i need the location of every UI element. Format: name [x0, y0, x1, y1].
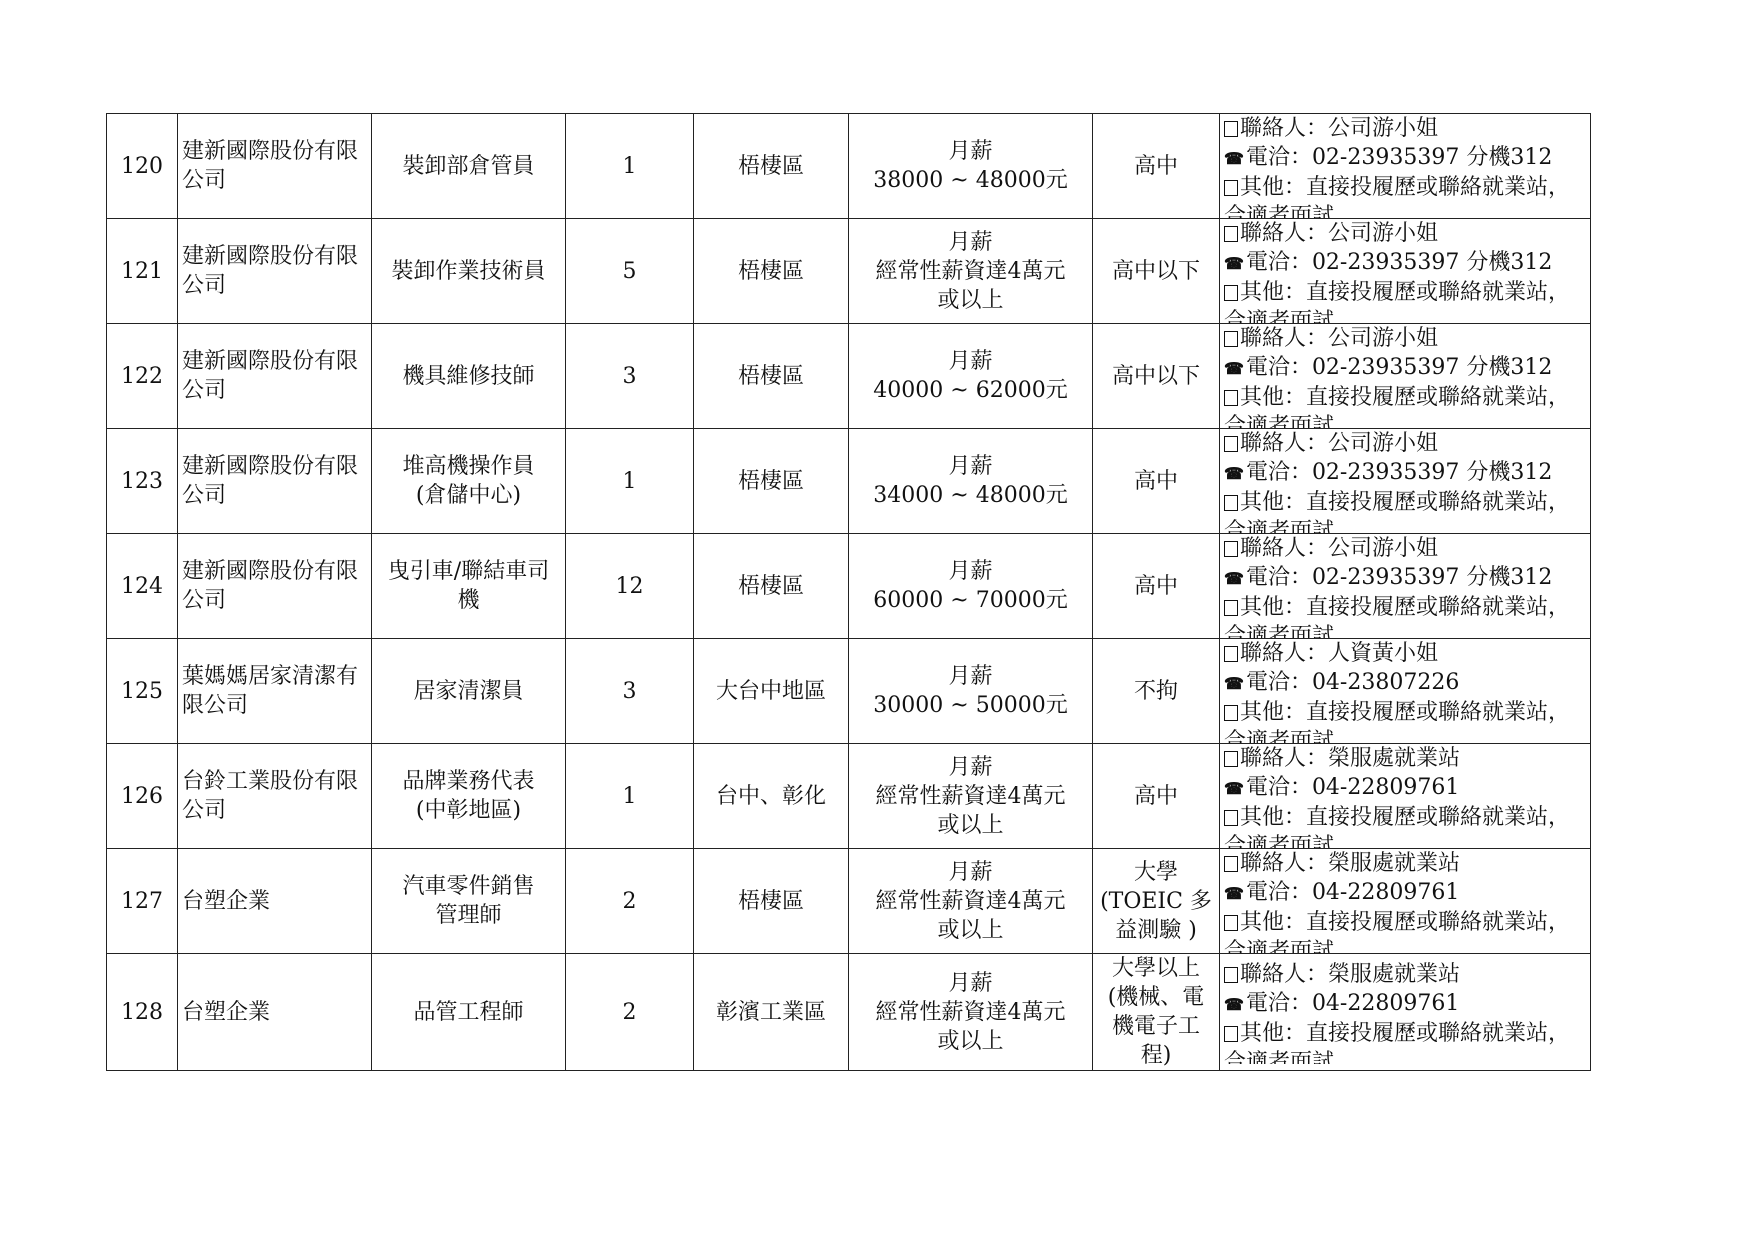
contact-person: 聯絡人：公司游小姐 — [1224, 429, 1586, 458]
contact-person: 聯絡人：榮服處就業站 — [1224, 744, 1586, 773]
contact-other: 其他：直接投履歷或聯絡就業站， — [1224, 383, 1586, 412]
title-line: 汽車零件銷售 — [376, 872, 561, 901]
education-requirement: 高中 — [1093, 534, 1220, 639]
education-requirement: 不拘 — [1093, 639, 1220, 744]
checkbox-icon — [1224, 541, 1238, 557]
headcount: 12 — [566, 534, 694, 639]
checkbox-icon — [1224, 600, 1238, 616]
salary: 月薪60000 ~ 70000元 — [849, 534, 1093, 639]
edu-line: 機電子工 — [1097, 1012, 1215, 1041]
company-name: 建新國際股份有限公司 — [178, 324, 372, 429]
contact-phone: ☎電洽：02-23935397 分機312 — [1224, 248, 1586, 278]
phone-icon: ☎ — [1224, 995, 1244, 1014]
salary-line: 38000 ~ 48000元 — [853, 166, 1088, 195]
contact-other-cont: 合適者面試 — [1224, 1048, 1586, 1064]
checkbox-icon — [1224, 1026, 1238, 1042]
job-title: 品管工程師 — [372, 954, 566, 1071]
phone-icon: ☎ — [1224, 464, 1244, 483]
work-location: 台中、彰化 — [694, 744, 849, 849]
checkbox-icon — [1224, 285, 1238, 301]
table-row: 125 葉媽媽居家清潔有限公司 居家清潔員 3 大台中地區 月薪30000 ~ … — [107, 639, 1591, 744]
contact-person: 聯絡人：公司游小姐 — [1224, 114, 1586, 143]
title-line: (中彰地區) — [376, 796, 561, 825]
contact-info: 聯絡人：人資黃小姐 ☎電洽：04-23807226 其他：直接投履歷或聯絡就業站… — [1220, 639, 1591, 744]
contact-person: 聯絡人：榮服處就業站 — [1224, 849, 1586, 878]
contact-phone: ☎電洽：04-22809761 — [1224, 989, 1586, 1019]
headcount: 2 — [566, 849, 694, 954]
job-title: 居家清潔員 — [372, 639, 566, 744]
work-location: 梧棲區 — [694, 534, 849, 639]
work-location: 大台中地區 — [694, 639, 849, 744]
contact-other-cont: 合適者面試 — [1224, 622, 1586, 638]
salary-line: 月薪 — [853, 452, 1088, 481]
edu-line: 高中以下 — [1097, 362, 1215, 391]
education-requirement: 大學(TOEIC 多益測驗 ) — [1093, 849, 1220, 954]
contact-phone: ☎電洽：02-23935397 分機312 — [1224, 143, 1586, 173]
row-number: 124 — [107, 534, 178, 639]
contact-info: 聯絡人：榮服處就業站 ☎電洽：04-22809761 其他：直接投履歷或聯絡就業… — [1220, 744, 1591, 849]
contact-other: 其他：直接投履歷或聯絡就業站， — [1224, 698, 1586, 727]
table-row: 121 建新國際股份有限公司 裝卸作業技術員 5 梧棲區 月薪經常性薪資達4萬元… — [107, 219, 1591, 324]
salary-line: 月薪 — [853, 858, 1088, 887]
salary: 月薪34000 ~ 48000元 — [849, 429, 1093, 534]
title-line: 機具維修技師 — [376, 362, 561, 391]
company-name: 台鈴工業股份有限公司 — [178, 744, 372, 849]
title-line: 居家清潔員 — [376, 677, 561, 706]
job-title: 汽車零件銷售管理師 — [372, 849, 566, 954]
edu-line: 高中 — [1097, 782, 1215, 811]
table-body: 120 建新國際股份有限公司 裝卸部倉管員 1 梧棲區 月薪38000 ~ 48… — [107, 114, 1591, 1071]
checkbox-icon — [1224, 226, 1238, 242]
headcount: 1 — [566, 429, 694, 534]
title-line: 裝卸部倉管員 — [376, 152, 561, 181]
contact-info: 聯絡人：公司游小姐 ☎電洽：02-23935397 分機312 其他：直接投履歷… — [1220, 534, 1591, 639]
headcount: 2 — [566, 954, 694, 1071]
contact-other: 其他：直接投履歷或聯絡就業站， — [1224, 908, 1586, 937]
salary-line: 經常性薪資達4萬元 — [853, 998, 1088, 1027]
salary-line: 或以上 — [853, 811, 1088, 840]
phone-icon: ☎ — [1224, 254, 1244, 273]
phone-icon: ☎ — [1224, 359, 1244, 378]
phone-icon: ☎ — [1224, 149, 1244, 168]
salary-line: 經常性薪資達4萬元 — [853, 257, 1088, 286]
title-line: 品牌業務代表 — [376, 767, 561, 796]
checkbox-icon — [1224, 915, 1238, 931]
edu-line: 高中 — [1097, 467, 1215, 496]
row-number: 122 — [107, 324, 178, 429]
edu-line: 高中 — [1097, 572, 1215, 601]
salary-line: 經常性薪資達4萬元 — [853, 887, 1088, 916]
job-title: 機具維修技師 — [372, 324, 566, 429]
salary: 月薪經常性薪資達4萬元或以上 — [849, 219, 1093, 324]
job-title: 裝卸作業技術員 — [372, 219, 566, 324]
phone-icon: ☎ — [1224, 779, 1244, 798]
salary-line: 60000 ~ 70000元 — [853, 586, 1088, 615]
table-row: 122 建新國際股份有限公司 機具維修技師 3 梧棲區 月薪40000 ~ 62… — [107, 324, 1591, 429]
education-requirement: 高中 — [1093, 429, 1220, 534]
salary-line: 或以上 — [853, 1027, 1088, 1056]
contact-other: 其他：直接投履歷或聯絡就業站， — [1224, 488, 1586, 517]
contact-other: 其他：直接投履歷或聯絡就業站， — [1224, 1019, 1586, 1048]
education-requirement: 高中 — [1093, 744, 1220, 849]
salary-line: 34000 ~ 48000元 — [853, 481, 1088, 510]
edu-line: 不拘 — [1097, 677, 1215, 706]
contact-person: 聯絡人：公司游小姐 — [1224, 324, 1586, 353]
edu-line: (TOEIC 多 — [1097, 887, 1215, 916]
checkbox-icon — [1224, 646, 1238, 662]
salary-line: 月薪 — [853, 557, 1088, 586]
edu-line: (機械、電 — [1097, 983, 1215, 1012]
contact-other: 其他：直接投履歷或聯絡就業站， — [1224, 593, 1586, 622]
row-number: 127 — [107, 849, 178, 954]
job-title: 裝卸部倉管員 — [372, 114, 566, 219]
contact-info: 聯絡人：公司游小姐 ☎電洽：02-23935397 分機312 其他：直接投履歷… — [1220, 324, 1591, 429]
contact-phone: ☎電洽：04-23807226 — [1224, 668, 1586, 698]
table-row: 127 台塑企業 汽車零件銷售管理師 2 梧棲區 月薪經常性薪資達4萬元或以上 … — [107, 849, 1591, 954]
title-line: 裝卸作業技術員 — [376, 257, 561, 286]
contact-info: 聯絡人：公司游小姐 ☎電洽：02-23935397 分機312 其他：直接投履歷… — [1220, 219, 1591, 324]
salary: 月薪經常性薪資達4萬元或以上 — [849, 744, 1093, 849]
title-line: 品管工程師 — [376, 998, 561, 1027]
job-title: 堆高機操作員(倉儲中心) — [372, 429, 566, 534]
phone-icon: ☎ — [1224, 884, 1244, 903]
contact-info: 聯絡人：榮服處就業站 ☎電洽：04-22809761 其他：直接投履歷或聯絡就業… — [1220, 849, 1591, 954]
salary-line: 月薪 — [853, 137, 1088, 166]
title-line: 管理師 — [376, 901, 561, 930]
row-number: 121 — [107, 219, 178, 324]
phone-icon: ☎ — [1224, 569, 1244, 588]
checkbox-icon — [1224, 856, 1238, 872]
table-row: 120 建新國際股份有限公司 裝卸部倉管員 1 梧棲區 月薪38000 ~ 48… — [107, 114, 1591, 219]
work-location: 彰濱工業區 — [694, 954, 849, 1071]
contact-other: 其他：直接投履歷或聯絡就業站， — [1224, 803, 1586, 832]
title-line: 堆高機操作員 — [376, 452, 561, 481]
company-name: 建新國際股份有限公司 — [178, 429, 372, 534]
contact-person: 聯絡人：人資黃小姐 — [1224, 639, 1586, 668]
checkbox-icon — [1224, 967, 1238, 983]
contact-person: 聯絡人：公司游小姐 — [1224, 534, 1586, 563]
edu-line: 大學 — [1097, 858, 1215, 887]
salary: 月薪經常性薪資達4萬元或以上 — [849, 849, 1093, 954]
checkbox-icon — [1224, 180, 1238, 196]
contact-phone: ☎電洽：02-23935397 分機312 — [1224, 458, 1586, 488]
row-number: 128 — [107, 954, 178, 1071]
work-location: 梧棲區 — [694, 114, 849, 219]
contact-other-cont: 合適者面試 — [1224, 727, 1586, 743]
work-location: 梧棲區 — [694, 324, 849, 429]
salary-line: 經常性薪資達4萬元 — [853, 782, 1088, 811]
contact-other-cont: 合適者面試 — [1224, 202, 1586, 218]
job-title: 品牌業務代表(中彰地區) — [372, 744, 566, 849]
salary-line: 月薪 — [853, 662, 1088, 691]
job-listings-table: 120 建新國際股份有限公司 裝卸部倉管員 1 梧棲區 月薪38000 ~ 48… — [106, 113, 1591, 1071]
row-number: 125 — [107, 639, 178, 744]
company-name: 葉媽媽居家清潔有限公司 — [178, 639, 372, 744]
salary: 月薪38000 ~ 48000元 — [849, 114, 1093, 219]
edu-line: 程) — [1097, 1041, 1215, 1070]
title-line: (倉儲中心) — [376, 481, 561, 510]
contact-phone: ☎電洽：04-22809761 — [1224, 773, 1586, 803]
salary: 月薪40000 ~ 62000元 — [849, 324, 1093, 429]
salary: 月薪經常性薪資達4萬元或以上 — [849, 954, 1093, 1071]
job-title: 曳引車/聯結車司機 — [372, 534, 566, 639]
salary-line: 月薪 — [853, 753, 1088, 782]
contact-other: 其他：直接投履歷或聯絡就業站， — [1224, 173, 1586, 202]
work-location: 梧棲區 — [694, 849, 849, 954]
work-location: 梧棲區 — [694, 429, 849, 534]
edu-line: 大學以上 — [1097, 954, 1215, 983]
checkbox-icon — [1224, 751, 1238, 767]
headcount: 3 — [566, 639, 694, 744]
company-name: 建新國際股份有限公司 — [178, 114, 372, 219]
contact-phone: ☎電洽：02-23935397 分機312 — [1224, 353, 1586, 383]
checkbox-icon — [1224, 390, 1238, 406]
contact-phone: ☎電洽：04-22809761 — [1224, 878, 1586, 908]
contact-person: 聯絡人：公司游小姐 — [1224, 219, 1586, 248]
table-row: 126 台鈴工業股份有限公司 品牌業務代表(中彰地區) 1 台中、彰化 月薪經常… — [107, 744, 1591, 849]
contact-other-cont: 合適者面試 — [1224, 937, 1586, 953]
salary-line: 40000 ~ 62000元 — [853, 376, 1088, 405]
checkbox-icon — [1224, 436, 1238, 452]
headcount: 1 — [566, 114, 694, 219]
company-name: 建新國際股份有限公司 — [178, 534, 372, 639]
table-row: 123 建新國際股份有限公司 堆高機操作員(倉儲中心) 1 梧棲區 月薪3400… — [107, 429, 1591, 534]
checkbox-icon — [1224, 121, 1238, 137]
edu-line: 高中 — [1097, 152, 1215, 181]
company-name: 台塑企業 — [178, 849, 372, 954]
row-number: 123 — [107, 429, 178, 534]
work-location: 梧棲區 — [694, 219, 849, 324]
contact-info: 聯絡人：榮服處就業站 ☎電洽：04-22809761 其他：直接投履歷或聯絡就業… — [1220, 954, 1591, 1071]
company-name: 建新國際股份有限公司 — [178, 219, 372, 324]
contact-phone: ☎電洽：02-23935397 分機312 — [1224, 563, 1586, 593]
checkbox-icon — [1224, 705, 1238, 721]
education-requirement: 高中 — [1093, 114, 1220, 219]
contact-other-cont: 合適者面試 — [1224, 517, 1586, 533]
salary-line: 或以上 — [853, 286, 1088, 315]
contact-other-cont: 合適者面試 — [1224, 832, 1586, 848]
table-row: 124 建新國際股份有限公司 曳引車/聯結車司機 12 梧棲區 月薪60000 … — [107, 534, 1591, 639]
education-requirement: 高中以下 — [1093, 219, 1220, 324]
row-number: 120 — [107, 114, 178, 219]
headcount: 3 — [566, 324, 694, 429]
salary-line: 月薪 — [853, 228, 1088, 257]
checkbox-icon — [1224, 495, 1238, 511]
title-line: 曳引車/聯結車司 — [376, 557, 561, 586]
salary-line: 月薪 — [853, 969, 1088, 998]
headcount: 5 — [566, 219, 694, 324]
education-requirement: 大學以上(機械、電機電子工程) — [1093, 954, 1220, 1071]
contact-info: 聯絡人：公司游小姐 ☎電洽：02-23935397 分機312 其他：直接投履歷… — [1220, 429, 1591, 534]
headcount: 1 — [566, 744, 694, 849]
salary-line: 或以上 — [853, 916, 1088, 945]
checkbox-icon — [1224, 810, 1238, 826]
education-requirement: 高中以下 — [1093, 324, 1220, 429]
contact-person: 聯絡人：榮服處就業站 — [1224, 960, 1586, 989]
salary: 月薪30000 ~ 50000元 — [849, 639, 1093, 744]
salary-line: 月薪 — [853, 347, 1088, 376]
phone-icon: ☎ — [1224, 674, 1244, 693]
company-name: 台塑企業 — [178, 954, 372, 1071]
salary-line: 30000 ~ 50000元 — [853, 691, 1088, 720]
contact-other: 其他：直接投履歷或聯絡就業站， — [1224, 278, 1586, 307]
row-number: 126 — [107, 744, 178, 849]
contact-info: 聯絡人：公司游小姐 ☎電洽：02-23935397 分機312 其他：直接投履歷… — [1220, 114, 1591, 219]
title-line: 機 — [376, 586, 561, 615]
edu-line: 高中以下 — [1097, 257, 1215, 286]
contact-other-cont: 合適者面試 — [1224, 307, 1586, 323]
contact-other-cont: 合適者面試 — [1224, 412, 1586, 428]
checkbox-icon — [1224, 331, 1238, 347]
table-row: 128 台塑企業 品管工程師 2 彰濱工業區 月薪經常性薪資達4萬元或以上 大學… — [107, 954, 1591, 1071]
edu-line: 益測驗 ) — [1097, 916, 1215, 945]
